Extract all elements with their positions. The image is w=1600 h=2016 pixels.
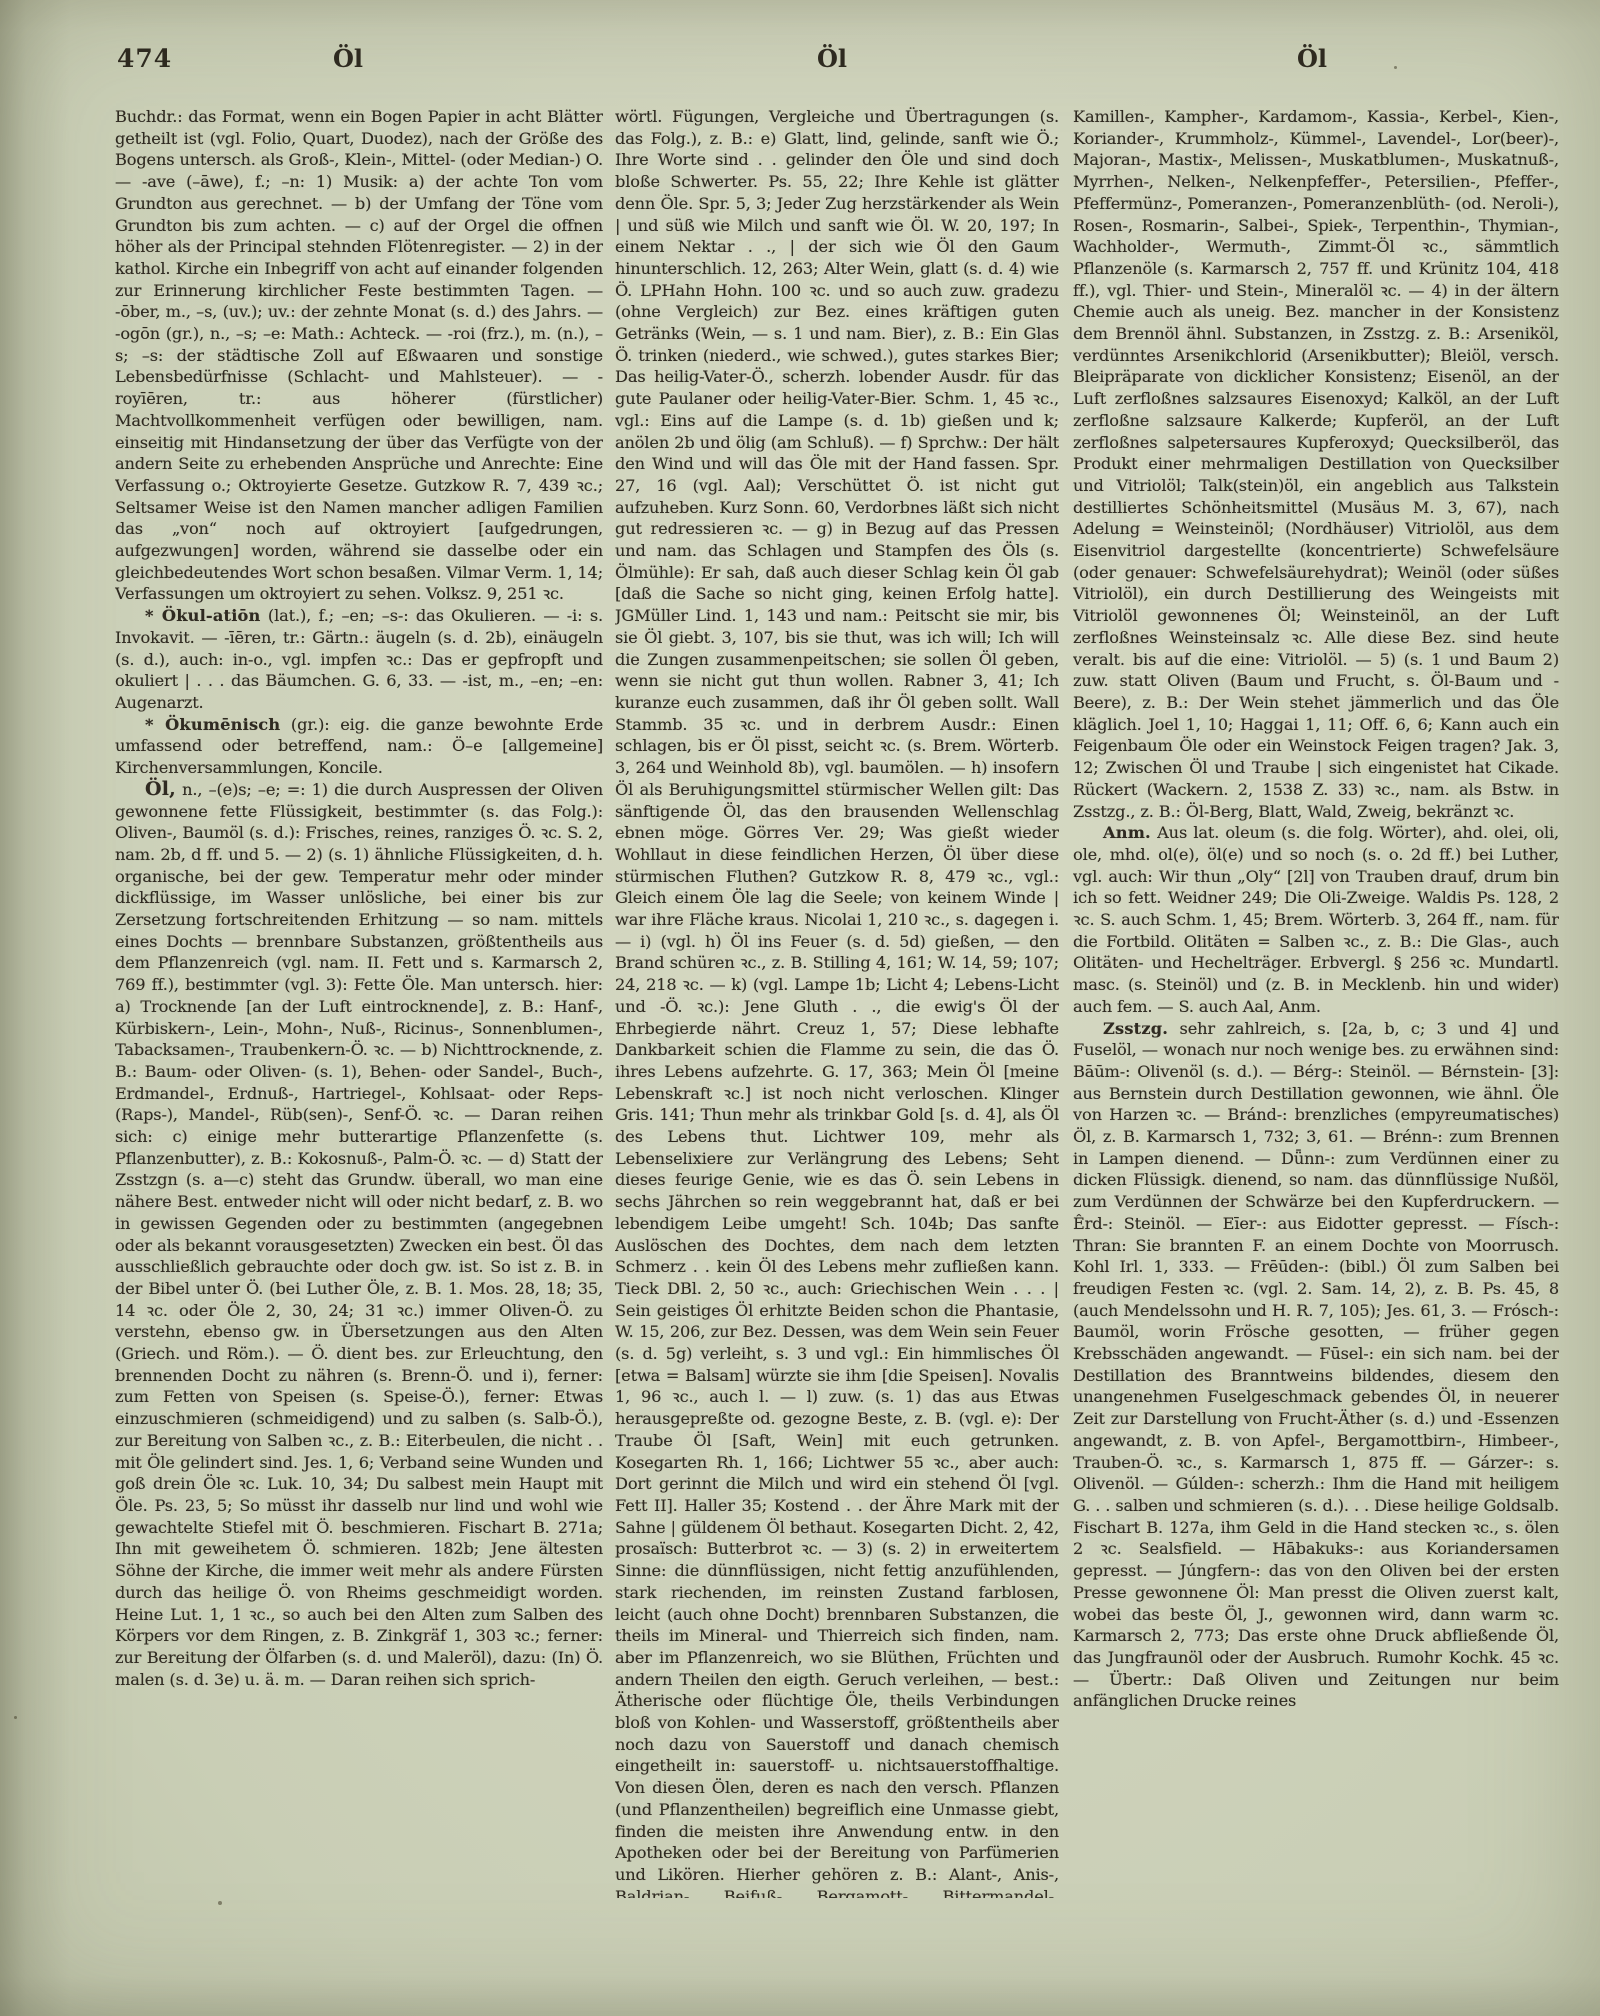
page-header: 474 Öl Öl Öl xyxy=(0,44,1600,78)
column-1: Buchdr.: das Format, wenn ein Bogen Papi… xyxy=(115,106,603,1898)
text-block: Öl, n., –(e)s; –e; =: 1) die durch Auspr… xyxy=(115,779,603,1691)
text-block: Anm. Aus lat. oleum (s. die folg. Wörter… xyxy=(1073,822,1559,1017)
scanned-dictionary-page: 474 Öl Öl Öl Buchdr.: das Format, wenn e… xyxy=(0,0,1600,2016)
text-columns: Buchdr.: das Format, wenn ein Bogen Papi… xyxy=(115,106,1559,1898)
text-block: Zsstzg. sehr zahlreich, s. [2a, b, c; 3 … xyxy=(1073,1018,1559,1713)
text-block: * Ökul-atiōn (lat.), f.; –en; –s-: das O… xyxy=(115,605,603,714)
text-block: wörtl. Fügungen, Vergleiche und Übertrag… xyxy=(615,106,1059,1898)
entry-headword: Anm. xyxy=(1103,823,1151,842)
entry-headword: Zsstzg. xyxy=(1103,1019,1168,1038)
page-number: 474 xyxy=(117,44,172,73)
running-title-col1: Öl xyxy=(288,44,408,73)
column-2: wörtl. Fügungen, Vergleiche und Übertrag… xyxy=(615,106,1059,1898)
text-block: Buchdr.: das Format, wenn ein Bogen Papi… xyxy=(115,106,603,605)
entry-headword: * Ökumēnisch xyxy=(145,715,280,734)
paper-speck xyxy=(218,1901,222,1905)
entry-headword: Öl, xyxy=(145,778,176,800)
text-block: Kamillen-, Kampher-, Kardamom-, Kassia-,… xyxy=(1073,106,1559,822)
text-block: * Ökumēnisch (gr.): eig. die ganze bewoh… xyxy=(115,714,603,779)
running-title-col2: Öl xyxy=(772,44,892,73)
column-3: Kamillen-, Kampher-, Kardamom-, Kassia-,… xyxy=(1073,106,1559,1898)
paper-speck xyxy=(14,1716,17,1719)
entry-headword: * Ökul-atiōn xyxy=(145,606,261,625)
running-title-col3: Öl xyxy=(1252,44,1372,73)
